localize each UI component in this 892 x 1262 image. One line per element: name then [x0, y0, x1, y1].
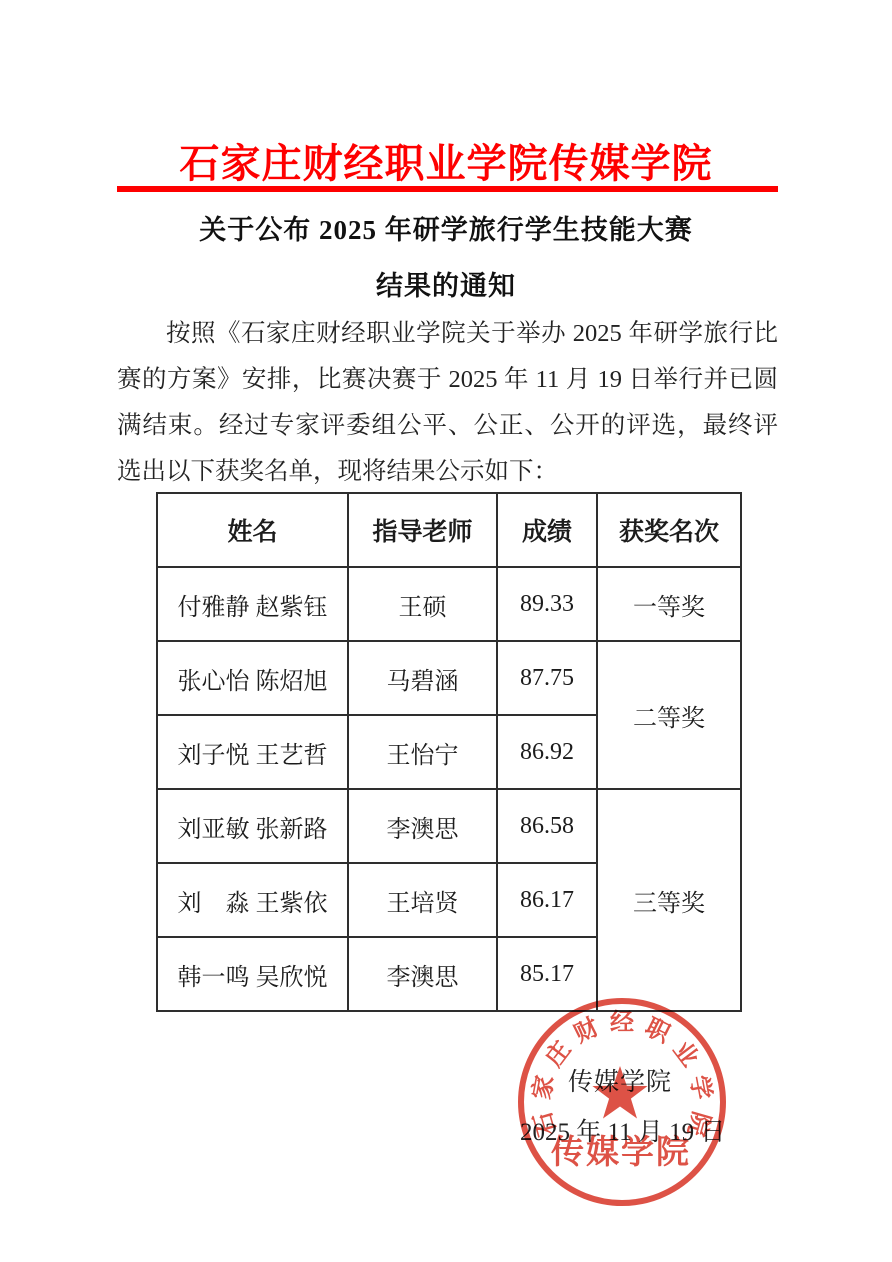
- cell-award: 一等奖: [597, 567, 741, 641]
- official-seal-stamp-icon: 石家庄财经职业学院 传媒学院: [507, 987, 737, 1217]
- header-score: 成绩: [497, 493, 597, 567]
- table-header-row: 姓名 指导老师 成绩 获奖名次: [157, 493, 741, 567]
- header-award: 获奖名次: [597, 493, 741, 567]
- svg-text:学: 学: [685, 1073, 716, 1102]
- body-paragraph: 按照《石家庄财经职业学院关于举办 2025 年研学旅行比赛的方案》安排，比赛决赛…: [117, 311, 778, 495]
- cell-teacher: 马碧涵: [348, 641, 497, 715]
- table-row: 刘亚敏 张新路 李澳思 86.58 三等奖: [157, 789, 741, 863]
- cell-names: 付雅静 赵紫钰: [157, 567, 348, 641]
- cell-score: 89.33: [497, 567, 597, 641]
- svg-text:财: 财: [570, 1013, 604, 1048]
- cell-award: 三等奖: [597, 789, 741, 1011]
- results-table: 姓名 指导老师 成绩 获奖名次 付雅静 赵紫钰 王硕 89.33 一等奖 张心怡…: [156, 492, 742, 1012]
- cell-names: 刘子悦 王艺哲: [157, 715, 348, 789]
- signature-department: 传媒学院: [568, 1062, 672, 1098]
- cell-teacher: 李澳思: [348, 937, 497, 1011]
- svg-text:职: 职: [641, 1013, 675, 1048]
- document-title-line1: 关于公布 2025 年研学旅行学生技能大赛: [0, 208, 892, 247]
- organization-title: 石家庄财经职业学院传媒学院: [0, 132, 892, 189]
- cell-score: 86.58: [497, 789, 597, 863]
- cell-names: 张心怡 陈炤旭: [157, 641, 348, 715]
- cell-score: 87.75: [497, 641, 597, 715]
- document-title-line2: 结果的通知: [0, 264, 892, 303]
- svg-text:家: 家: [528, 1073, 559, 1102]
- document-date: 2025 年 11 月 19 日: [520, 1112, 725, 1148]
- cell-teacher: 王硕: [348, 567, 497, 641]
- cell-names: 刘亚敏 张新路: [157, 789, 348, 863]
- cell-names: 刘 淼 王紫依: [157, 863, 348, 937]
- cell-award: 二等奖: [597, 641, 741, 789]
- header-names: 姓名: [157, 493, 348, 567]
- cell-teacher: 王怡宁: [348, 715, 497, 789]
- cell-names: 韩一鸣 吴欣悦: [157, 937, 348, 1011]
- cell-teacher: 李澳思: [348, 789, 497, 863]
- header-teacher: 指导老师: [348, 493, 497, 567]
- cell-teacher: 王培贤: [348, 863, 497, 937]
- cell-score: 86.17: [497, 863, 597, 937]
- red-divider-line: [117, 186, 778, 192]
- stamp-ring: [521, 1001, 723, 1203]
- cell-score: 85.17: [497, 937, 597, 1011]
- table-row: 张心怡 陈炤旭 马碧涵 87.75 二等奖: [157, 641, 741, 715]
- table-row: 付雅静 赵紫钰 王硕 89.33 一等奖: [157, 567, 741, 641]
- svg-text:业: 业: [667, 1036, 703, 1071]
- cell-score: 86.92: [497, 715, 597, 789]
- document-page: 石家庄财经职业学院传媒学院 关于公布 2025 年研学旅行学生技能大赛 结果的通…: [0, 0, 892, 1262]
- svg-text:经: 经: [610, 1009, 634, 1036]
